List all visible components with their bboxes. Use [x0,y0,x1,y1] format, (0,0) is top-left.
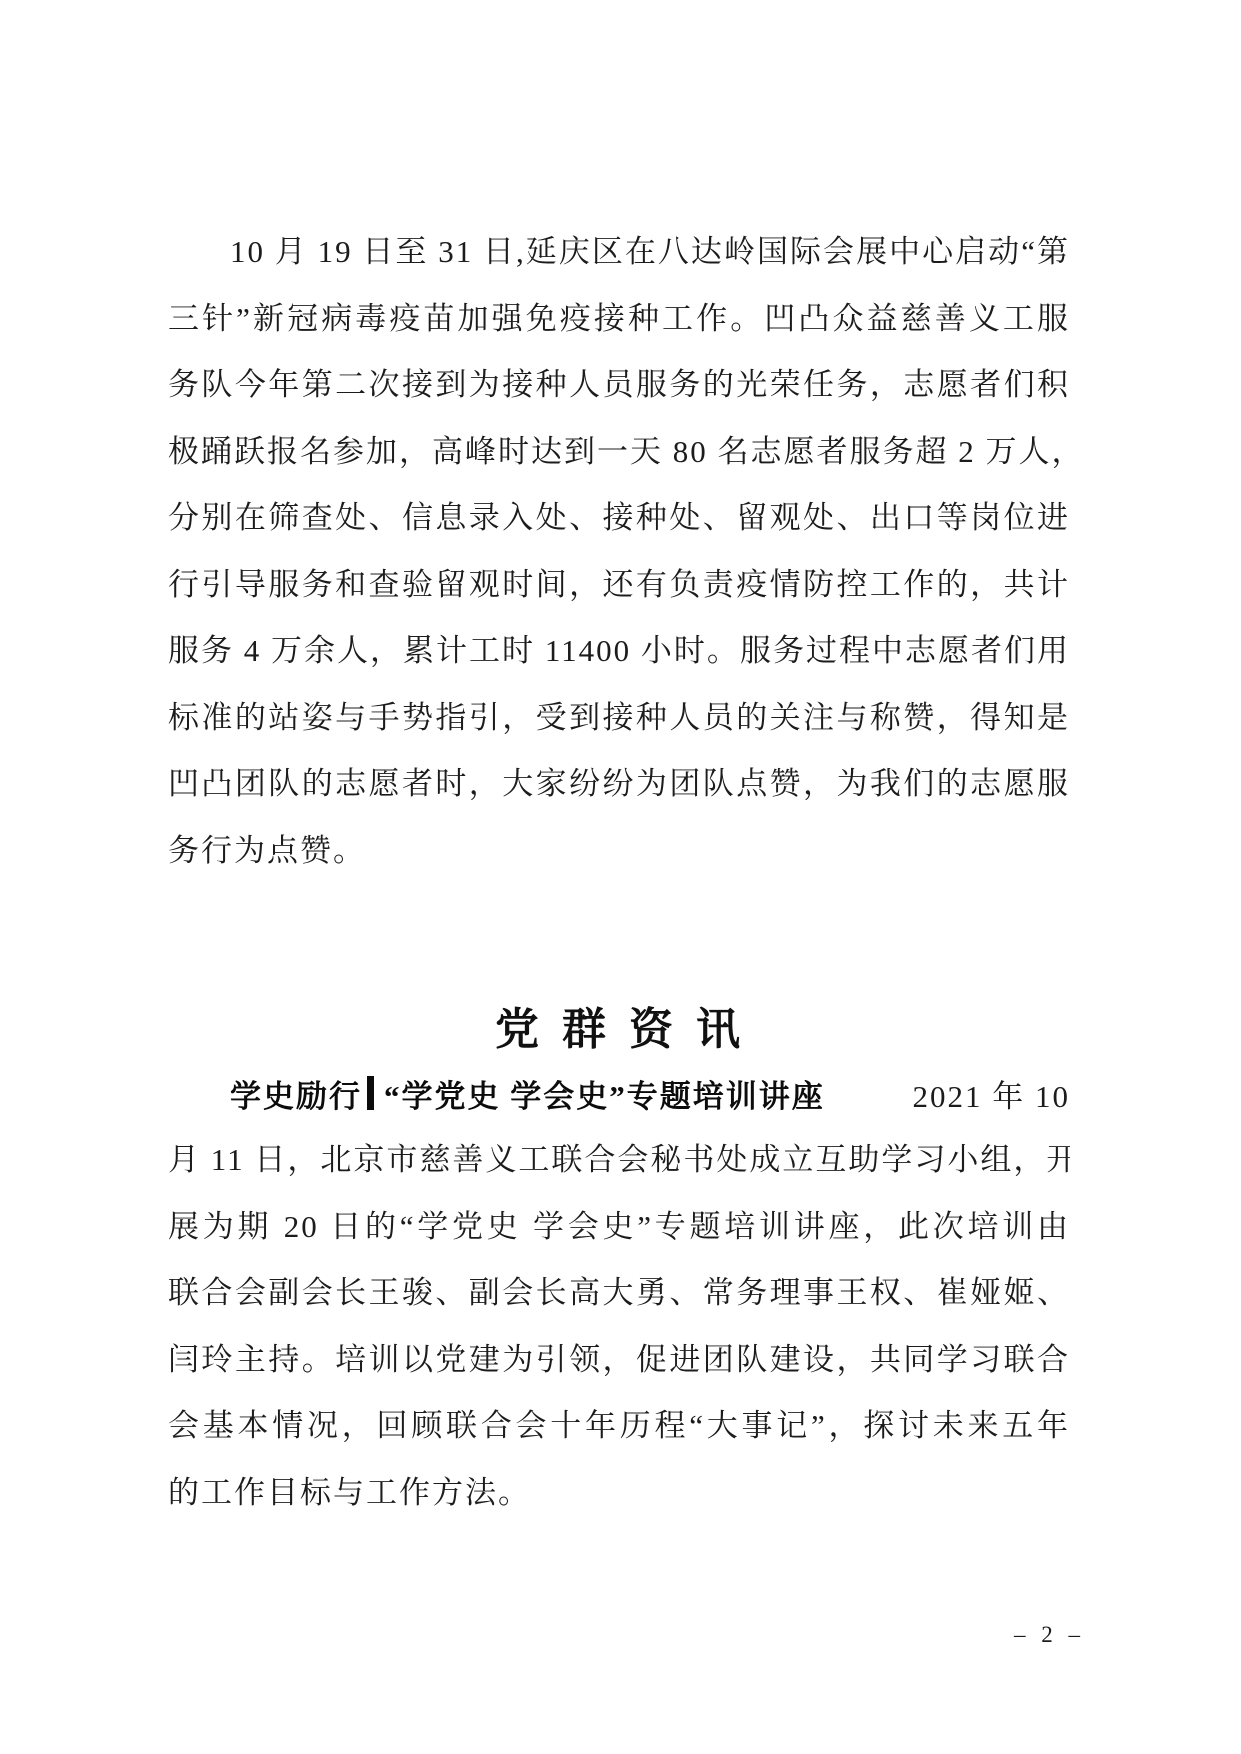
subheading-date: 2021 年 10 [913,1071,1071,1116]
subheading-title: “学党史 学会史”专题培训讲座 [384,1071,825,1116]
section-heading: 党 群 资 讯 [0,995,1241,1065]
text-line: 三针”新冠病毒疫苗加强免疫接种工作。凹凸众益慈善义工服 [168,286,1070,353]
subheading-line: 学史励行 “学党史 学会史”专题培训讲座 2021 年 10 [168,1060,1070,1127]
text-line: 闫玲主持。培训以党建为引领，促进团队建设，共同学习联合 [168,1327,1070,1394]
paragraph-vaccination-report: 10 月 19 日至 31 日,延庆区在八达岭国际会展中心启动“第 三针”新冠病… [168,219,1070,884]
text-line: 月 11 日，北京市慈善义工联合会秘书处成立互助学习小组，开 [168,1127,1070,1194]
document-page: 10 月 19 日至 31 日,延庆区在八达岭国际会展中心启动“第 三针”新冠病… [0,0,1241,1754]
text-line: 服务 4 万余人，累计工时 11400 小时。服务过程中志愿者们用 [168,618,1070,685]
text-line: 会基本情况，回顾联合会十年历程“大事记”，探讨未来五年 [168,1393,1070,1460]
text-line: 的工作目标与工作方法。 [168,1460,1070,1527]
text-line: 展为期 20 日的“学党史 学会史”专题培训讲座，此次培训由 [168,1194,1070,1261]
vertical-bar-divider [367,1076,374,1110]
text-line: 务行为点赞。 [168,818,1070,885]
text-line: 务队今年第二次接到为接种人员服务的光荣任务，志愿者们积 [168,352,1070,419]
text-line: 凹凸团队的志愿者时，大家纷纷为团队点赞，为我们的志愿服 [168,751,1070,818]
subheading-prefix: 学史励行 [230,1071,362,1116]
text-line: 联合会副会长王骏、副会长高大勇、常务理事王权、崔娅姬、 [168,1260,1070,1327]
paragraph-training-lecture: 月 11 日，北京市慈善义工联合会秘书处成立互助学习小组，开 展为期 20 日的… [168,1127,1070,1526]
text-line: 标准的站姿与手势指引，受到接种人员的关注与称赞，得知是 [168,685,1070,752]
page-number: – 2 – [1014,1620,1085,1650]
text-line: 10 月 19 日至 31 日,延庆区在八达岭国际会展中心启动“第 [168,219,1070,286]
subheading-bold: 学史励行 “学党史 学会史”专题培训讲座 [230,1071,825,1116]
text-line: 行引导服务和查验留观时间，还有负责疫情防控工作的，共计 [168,552,1070,619]
text-line: 极踊跃报名参加，高峰时达到一天 80 名志愿者服务超 2 万人， [168,419,1070,486]
text-line: 分别在筛查处、信息录入处、接种处、留观处、出口等岗位进 [168,485,1070,552]
